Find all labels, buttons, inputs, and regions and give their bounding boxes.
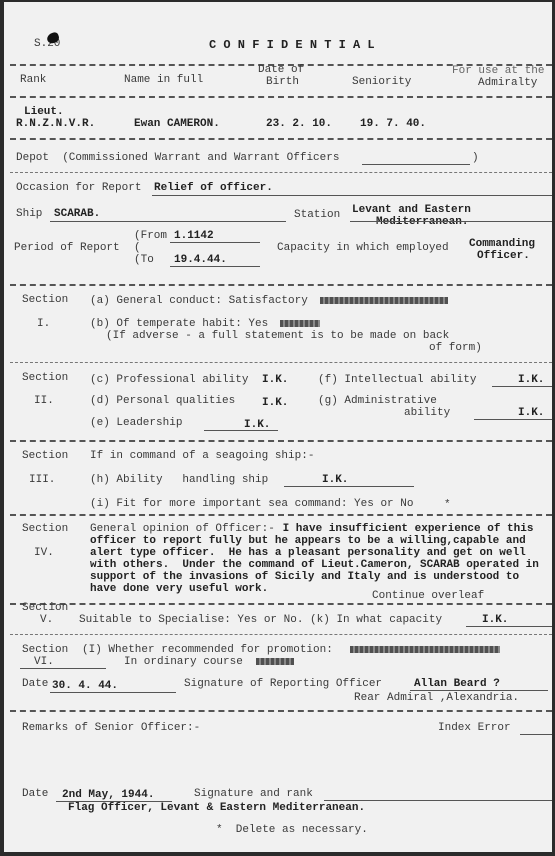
opinion-line: officer to report fully but he appears t…	[90, 535, 526, 547]
delete-footnote: * Delete as necessary.	[216, 824, 368, 836]
temperate-line: (b) Of temperate habit: Yes	[90, 318, 268, 330]
period-to-label: (To	[134, 254, 154, 266]
header-admiralty-1: For use at the	[452, 65, 544, 77]
specialise-label: Suitable to Specialise: Yes or No. (k) I…	[79, 614, 442, 626]
index-error-label: Index Error	[438, 722, 511, 734]
underline	[50, 692, 176, 693]
opinion-line: alert type officer. He has a pleasant pe…	[90, 547, 526, 559]
opinion-line: with others. Under the command of Lieut.…	[90, 559, 539, 571]
divider	[10, 172, 552, 173]
capacity-value-2: Officer.	[477, 250, 530, 262]
leadership-value: I.K.	[244, 419, 270, 431]
section-5-number: V.	[40, 614, 53, 626]
section-6-number: VI.	[34, 656, 54, 668]
divider	[10, 710, 552, 712]
header-dob-1: Date of	[258, 64, 304, 76]
period-paren: (	[134, 242, 141, 254]
station-value-2: Mediterranean.	[376, 216, 468, 228]
deleted-text	[256, 658, 294, 665]
capacity-label: Capacity in which employed	[277, 242, 449, 254]
opinion-line: support of the invasions of Sicily and I…	[90, 571, 519, 583]
depot-label: Depot (Commissioned Warrant and Warrant …	[16, 152, 339, 164]
underline	[170, 242, 260, 243]
senior-date-label: Date	[22, 788, 48, 800]
divider	[10, 362, 552, 363]
senior-signature-value: Flag Officer, Levant & Eastern Mediterra…	[68, 802, 365, 814]
officer-rank-2: R.N.Z.N.V.R.	[16, 118, 95, 130]
intellectual-label: (f) Intellectual ability	[318, 374, 476, 386]
divider	[10, 514, 552, 516]
senior-date-value: 2nd May, 1944.	[62, 789, 154, 801]
reporting-signature-label: Signature of Reporting Officer	[184, 678, 382, 690]
intellectual-value: I.K.	[518, 374, 544, 386]
officer-rank-1: Lieut.	[24, 106, 64, 118]
section-1-number: I.	[37, 318, 50, 330]
opinion-line: have done very useful work.	[90, 583, 268, 595]
occasion-label: Occasion for Report	[16, 182, 141, 194]
administrative-value: I.K.	[518, 407, 544, 419]
underline	[152, 195, 552, 196]
adverse-note-2: of form)	[429, 342, 482, 354]
section-5-label: Section	[22, 602, 68, 614]
ordinary-course-label: In ordinary course	[124, 656, 243, 668]
divider	[10, 634, 552, 635]
senior-signature-label: Signature and rank	[194, 788, 313, 800]
reporting-date-label: Date	[22, 678, 48, 690]
administrative-label: (g) Administrative	[318, 395, 437, 407]
divider	[10, 603, 552, 605]
section-2-number: II.	[34, 395, 54, 407]
opinion-label: General opinion of Officer:-	[90, 523, 275, 535]
reporting-officer-rank: Rear Admiral ,Alexandria.	[354, 692, 519, 704]
sea-command-label: (i) Fit for more important sea command: …	[90, 498, 413, 510]
station-value-1: Levant and Eastern	[352, 204, 471, 216]
divider	[10, 284, 552, 286]
header-dob-2: Birth	[266, 76, 299, 88]
header-seniority: Seniority	[352, 76, 411, 88]
handling-label: (h) Ability handling ship	[90, 474, 268, 486]
reporting-date-value: 30. 4. 44.	[52, 680, 118, 692]
underline	[20, 668, 106, 669]
period-from-value: 1.1142	[174, 230, 214, 242]
divider	[10, 440, 552, 442]
seagoing-intro: If in command of a seagoing ship:-	[90, 450, 314, 462]
section-3-number: III.	[29, 474, 55, 486]
deleted-text	[280, 320, 320, 327]
period-to-value: 19.4.44.	[174, 254, 227, 266]
officer-seniority: 19. 7. 40.	[360, 118, 426, 130]
personal-value: I.K.	[262, 397, 288, 409]
ship-label: Ship	[16, 208, 42, 220]
occasion-value: Relief of officer.	[154, 182, 273, 194]
opinion-line: I have insufficient experience of this	[276, 523, 533, 535]
underline	[170, 266, 260, 267]
header-name: Name in full	[124, 74, 203, 86]
underline	[410, 690, 548, 691]
section-3-label: Section	[22, 450, 68, 462]
section-1-label: Section	[22, 294, 68, 306]
underline	[466, 626, 552, 627]
professional-value: I.K.	[262, 374, 288, 386]
conduct-line: (a) General conduct: Satisfactory	[90, 295, 308, 307]
underline	[492, 386, 552, 387]
divider	[10, 138, 552, 140]
underline	[350, 221, 552, 222]
section-4-number: IV.	[34, 547, 54, 559]
deleted-text	[350, 646, 500, 653]
header-rank: Rank	[20, 74, 46, 86]
promotion-label: (I) Whether recommended for promotion:	[82, 644, 333, 656]
form-title: C O N F I D E N T I A L	[209, 39, 375, 51]
officer-dob: 23. 2. 10.	[266, 118, 332, 130]
continue-overleaf: Continue overleaf	[372, 590, 484, 602]
underline	[474, 419, 552, 420]
specialise-value: I.K.	[482, 614, 508, 626]
station-label: Station	[294, 209, 340, 221]
section-4-label: Section	[22, 523, 68, 535]
period-label: Period of Report	[14, 242, 120, 254]
adverse-note-1: (If adverse - a full statement is to be …	[106, 330, 449, 342]
remarks-label: Remarks of Senior Officer:-	[22, 722, 200, 734]
professional-label: (c) Professional ability	[90, 374, 248, 386]
section-6-label: Section	[22, 644, 68, 656]
capacity-value-1: Commanding	[469, 238, 535, 250]
administrative-label-2: ability	[404, 407, 450, 419]
officer-name: Ewan CAMERON.	[134, 118, 220, 130]
asterisk-mark: *	[444, 499, 451, 511]
handling-value: I.K.	[322, 474, 348, 486]
reporting-signature-value: Allan Beard ?	[414, 678, 500, 690]
depot-blank	[362, 164, 470, 165]
leadership-label: (e) Leadership	[90, 417, 182, 429]
underline	[50, 221, 286, 222]
ship-value: SCARAB.	[54, 208, 100, 220]
divider	[10, 96, 552, 98]
underline	[520, 734, 552, 735]
underline	[284, 486, 414, 487]
confidential-report-form: S.20 C O N F I D E N T I A L Rank Name i…	[4, 2, 552, 852]
section-2-label: Section	[22, 372, 68, 384]
personal-label: (d) Personal qualities	[90, 395, 235, 407]
period-from-label: (From	[134, 230, 167, 242]
header-admiralty-2: Admiralty	[478, 77, 537, 89]
underline	[324, 800, 552, 801]
deleted-text	[320, 297, 448, 304]
depot-paren: )	[472, 152, 479, 164]
